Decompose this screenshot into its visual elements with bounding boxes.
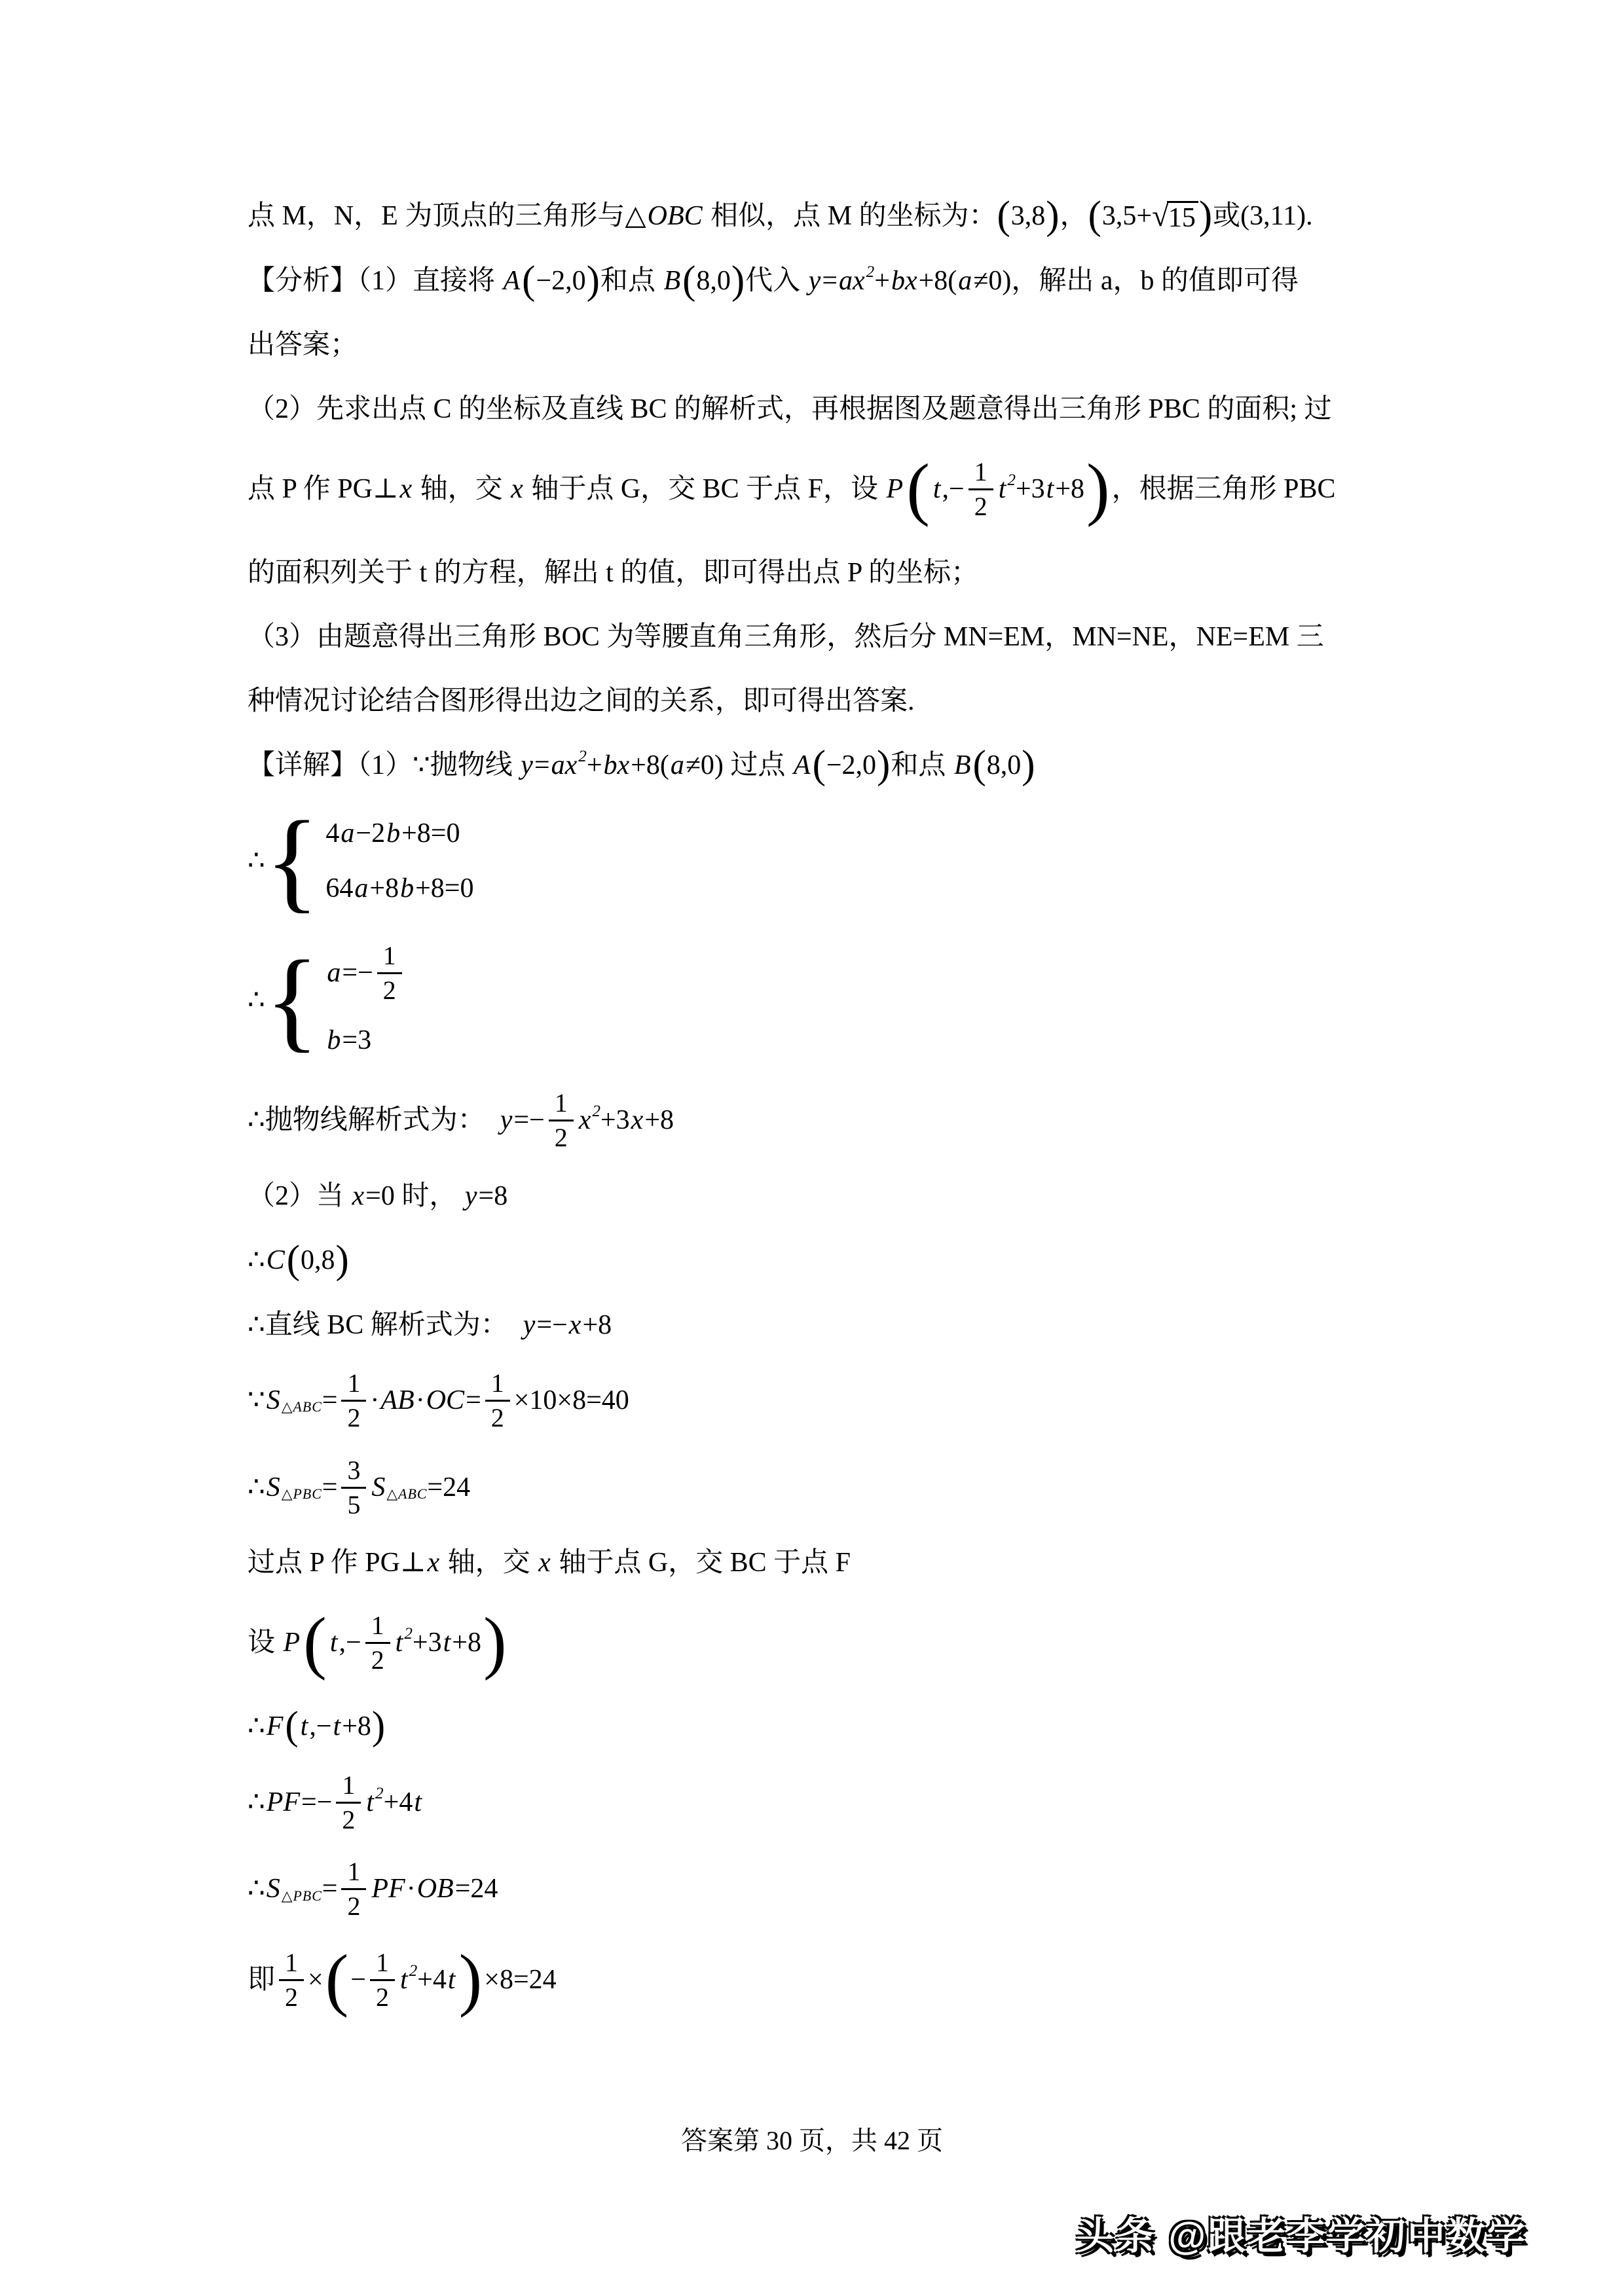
line-analysis-part2: （2）先求出点 C 的坐标及直线 BC 的解析式，再根据图及题意得出三角形 PB… — [248, 390, 1387, 429]
text-run: +4 — [417, 1961, 447, 1999]
equation-rows: 4a−2b+8=064a+8b+8=0 — [325, 814, 473, 909]
text-run: 和点 — [891, 746, 953, 785]
text-run: ∴ — [248, 1870, 265, 1908]
text-run: =24 — [427, 1468, 470, 1507]
tall-paren: ( — [813, 746, 826, 786]
equation-row: 64a+8b+8=0 — [325, 869, 473, 908]
denominator: 2 — [549, 1120, 574, 1152]
text-run: (3,11) — [1240, 197, 1306, 236]
text-run: ∴ — [248, 1241, 265, 1280]
math-variable: t — [447, 1961, 457, 1999]
text-run: 1 — [347, 1368, 360, 1398]
math-variable: t — [1045, 470, 1056, 509]
text-run: 2 — [347, 1403, 360, 1432]
tall-paren: ) — [1022, 746, 1035, 786]
text-run: 轴于点 G，交 BC 于点 F — [552, 1544, 851, 1582]
text-run: = — [466, 1381, 481, 1420]
fraction: 12 — [370, 1949, 395, 2011]
tall-paren: ) — [372, 1707, 385, 1747]
text-run: 3 — [347, 1455, 360, 1485]
text-run: +3 — [1016, 470, 1045, 509]
math-variable: OC — [425, 1381, 466, 1420]
math-variable: a — [957, 262, 973, 301]
text-run: ∴抛物线解析式为： — [248, 1101, 499, 1140]
text-run: （2）当 — [248, 1177, 351, 1216]
math-variable: OBC — [646, 197, 704, 236]
math-variable: b — [385, 814, 401, 853]
text-run: . — [1306, 197, 1313, 236]
line-construct-pg: 过点 P 作 PG⊥x 轴，交 x 轴于点 G，交 BC 于点 F — [248, 1544, 1387, 1583]
text-run: 轴于点 G，交 BC 于点 F，设 — [525, 470, 885, 509]
text-run: 1 — [491, 1368, 504, 1398]
denominator: 5 — [341, 1487, 366, 1519]
text-run: =0 时， — [365, 1177, 464, 1216]
subscript: △ABC — [282, 1400, 322, 1415]
math-variable: PF — [265, 1783, 301, 1822]
text-run: +8=0 — [415, 869, 473, 908]
text-run: ,− — [309, 1707, 331, 1746]
text-run: 1 — [342, 1770, 355, 1800]
math-variable: a — [669, 746, 686, 785]
text-run: 1 — [371, 1611, 384, 1640]
math-variable: a — [353, 869, 369, 908]
line-analysis-part3-cont: 种情况讨论结合图形得出边之间的关系，即可得出答案. — [248, 682, 1387, 721]
math-variable: bx — [602, 746, 631, 785]
math-variable: t — [932, 470, 942, 509]
math-variable: y — [522, 1306, 537, 1345]
text-run: 1 — [974, 457, 987, 486]
text-run: × — [308, 1961, 323, 1999]
numerator: 1 — [341, 1370, 366, 1400]
numerator: 1 — [341, 1858, 366, 1888]
math-variable: S — [265, 1381, 282, 1420]
text-run: ∴ — [248, 981, 265, 1020]
equation-row: 4a−2b+8=0 — [325, 814, 460, 853]
equation-row: b=3 — [325, 1021, 371, 1060]
text-run: 【分析】（1）直接将 — [248, 262, 502, 301]
line-detail-part1-premise: 【详解】（1）∵抛物线 y=ax2+bx+8(a≠0) 过点 A(−2,0)和点… — [248, 746, 1387, 786]
text-run: ，根据三角形 PBC — [1112, 470, 1336, 509]
line-pf-length: ∴PF=−12t2+4t — [248, 1772, 1387, 1834]
math-variable: b — [399, 869, 415, 908]
big-paren: ) — [483, 1608, 507, 1678]
text-run: 1 — [285, 1948, 298, 1977]
math-variable: OB — [416, 1870, 455, 1908]
numerator: 1 — [485, 1370, 510, 1400]
text-run: 2 — [383, 975, 396, 1005]
text-run: 1 — [347, 1857, 360, 1886]
text-run: · — [416, 1381, 425, 1420]
text-run: −2,0 — [826, 746, 876, 785]
text-run: △ — [625, 197, 646, 236]
text-run: · — [370, 1381, 379, 1420]
line-analysis-part3: （3）由题意得出三角形 BOC 为等腰直角三角形，然后分 MN=EM，MN=NE… — [248, 617, 1387, 657]
denominator: 2 — [341, 1888, 366, 1920]
text-run: 5 — [347, 1490, 360, 1520]
text-run: 64 — [325, 869, 353, 908]
math-variable: t — [329, 1624, 339, 1662]
text-run: 2 — [285, 1982, 298, 2012]
text-run: 轴，交 — [441, 1544, 537, 1582]
line-analysis-part1: 【分析】（1）直接将 A(−2,0)和点 B(8,0)代入 y=ax2+bx+8… — [248, 261, 1387, 301]
line-area-pbc: ∴S△PBC=35S△ABC=24 — [248, 1457, 1387, 1519]
superscript: 2 — [1007, 472, 1016, 488]
math-variable: S — [265, 1468, 282, 1507]
superscript: 2 — [592, 1103, 600, 1120]
text-run: 2 — [491, 1403, 504, 1432]
tall-paren: ) — [587, 261, 600, 301]
math-variable: ax — [550, 746, 579, 785]
superscript: 2 — [578, 748, 587, 765]
math-variable: x — [578, 1101, 593, 1140]
math-variable: a — [339, 814, 356, 853]
tall-paren: ) — [336, 1241, 349, 1281]
text-run: ,− — [339, 1624, 361, 1662]
math-variable: y — [519, 746, 534, 785]
text-run: 2 — [371, 1645, 384, 1675]
text-run: 代入 — [745, 262, 807, 301]
superscript: 2 — [404, 1626, 413, 1642]
big-paren: ) — [1086, 454, 1110, 524]
big-paren: ) — [459, 1945, 483, 2015]
text-run: 轴，交 — [413, 470, 509, 509]
denominator: 2 — [336, 1802, 361, 1834]
text-run: +8=0 — [401, 814, 460, 853]
line-area-abc: ∵S△ABC=12·AB·OC=12×10×8=40 — [248, 1370, 1387, 1432]
text-run: 即 — [248, 1961, 275, 1999]
math-variable: C — [265, 1241, 286, 1280]
math-variable: A — [792, 746, 812, 785]
fraction: 12 — [549, 1089, 574, 1152]
text-run: ∴ — [248, 1707, 265, 1746]
fraction: 12 — [485, 1370, 510, 1432]
text-run: =24 — [455, 1870, 498, 1908]
text-run: 种情况讨论结合图形得出边之间的关系，即可得出答案. — [248, 682, 915, 721]
line-point-m-coordinates: 点 M，N，E 为顶点的三角形与△OBC 相似，点 M 的坐标为：(3,8)，(… — [248, 196, 1387, 236]
line-analysis-part1-cont: 出答案； — [248, 326, 1387, 365]
math-variable: t — [442, 1624, 452, 1662]
math-variable: x — [399, 470, 414, 509]
math-variable: x — [537, 1544, 552, 1582]
text-run: =− — [536, 1306, 567, 1345]
text-run: = — [322, 1870, 338, 1908]
tall-paren: ) — [731, 261, 745, 301]
line-part2-x-zero: （2）当 x=0 时， y=8 — [248, 1176, 1387, 1216]
math-variable: PF — [370, 1870, 406, 1908]
equation-row: a=−12 — [325, 942, 405, 1004]
text-run: 的面积列关于 t 的方程，解出 t 的值，即可得出点 P 的坐标； — [248, 554, 978, 592]
fraction: 12 — [336, 1772, 361, 1834]
math-variable: x — [426, 1544, 441, 1582]
text-run: +8 — [1055, 470, 1084, 509]
text-run: 3,5+ — [1102, 197, 1152, 236]
text-run: ,− — [942, 470, 965, 509]
math-variable: P — [282, 1624, 302, 1662]
text-run: （3）由题意得出三角形 BOC 为等腰直角三角形，然后分 MN=EM，MN=NE… — [248, 618, 1324, 657]
text-run: 8,0 — [987, 746, 1022, 785]
denominator: 2 — [377, 972, 402, 1004]
text-run: +8( — [631, 746, 669, 785]
text-run: 0,8 — [301, 1241, 335, 1280]
fraction: 12 — [377, 942, 402, 1004]
line-point-f: ∴F(t,−t+8) — [248, 1707, 1387, 1747]
denominator: 2 — [969, 488, 993, 520]
math-variable: t — [413, 1783, 423, 1822]
text-run: + — [874, 262, 890, 301]
tall-paren: ( — [287, 1241, 300, 1281]
equation-system: {4a−2b+8=064a+8b+8=0 — [265, 811, 474, 912]
math-variable: S — [265, 1870, 282, 1908]
line-area-pbc-formula: ∴S△PBC=12PF·OB=24 — [248, 1858, 1387, 1920]
math-variable: t — [399, 1961, 409, 1999]
text-run: 或 — [1213, 197, 1240, 236]
text-run: 1 — [376, 1948, 389, 1977]
text-run: 2 — [376, 1982, 389, 2012]
text-run: −2 — [356, 814, 385, 853]
text-run: ≠0) — [686, 746, 724, 785]
text-run: +8 — [369, 869, 399, 908]
text-run: 2 — [342, 1805, 355, 1834]
math-variable: t — [394, 1624, 405, 1662]
text-run: 2 — [347, 1891, 360, 1921]
math-variable: x — [568, 1306, 583, 1345]
text-run: +4 — [384, 1783, 413, 1822]
math-variable: bx — [890, 262, 919, 301]
math-variable: B — [662, 262, 682, 301]
subscript: △PBC — [282, 1487, 322, 1502]
text-run: + — [587, 746, 602, 785]
numerator: 1 — [549, 1089, 574, 1120]
line-parabola-equation: ∴抛物线解析式为： y=−12x2+3x+8 — [248, 1089, 1387, 1152]
math-variable: t — [365, 1783, 375, 1822]
text-run: 【详解】（1）∵抛物线 — [248, 746, 519, 785]
text-run: 1 — [383, 941, 396, 970]
math-variable: b — [325, 1021, 342, 1060]
text-run: ∴ — [248, 1468, 265, 1507]
text-run: ≠0) — [973, 262, 1011, 301]
numerator: 3 — [341, 1457, 366, 1487]
text-run: =− — [342, 954, 373, 993]
fraction: 12 — [341, 1370, 366, 1432]
numerator: 1 — [336, 1772, 361, 1802]
equation-rows: a=−12b=3 — [325, 942, 405, 1060]
numerator: 1 — [279, 1949, 304, 1979]
text-run: +3 — [600, 1101, 630, 1140]
text-run: ∴ — [248, 1783, 265, 1822]
fraction: 12 — [365, 1612, 390, 1674]
text-run: +8 — [342, 1707, 371, 1746]
text-run: 过点 — [724, 746, 792, 785]
text-run: +8 — [644, 1101, 674, 1140]
math-variable: y — [464, 1177, 479, 1216]
big-paren: ( — [906, 454, 930, 524]
text-run: ∴ — [248, 842, 265, 881]
subscript: △ABC — [386, 1487, 427, 1502]
math-variable: A — [502, 262, 522, 301]
text-run: 4 — [325, 814, 339, 853]
line-area-equation: 即12×(−12t2+4t)×8=24 — [248, 1945, 1387, 2015]
math-variable: x — [509, 470, 525, 509]
text-run: =3 — [342, 1021, 371, 1060]
text-run: ×8=24 — [484, 1961, 556, 1999]
tall-paren: ( — [997, 196, 1010, 236]
math-variable: t — [299, 1707, 310, 1746]
big-paren: ( — [325, 1945, 349, 2015]
square-root: √15 — [1152, 201, 1198, 232]
line-equation-system-solution: ∴{a=−12b=3 — [248, 942, 1387, 1060]
superscript: 2 — [409, 1963, 418, 1979]
tall-paren: ( — [973, 746, 986, 786]
text-run: 出答案； — [248, 326, 358, 365]
text-run: = — [534, 746, 550, 785]
math-variable: B — [953, 746, 972, 785]
math-variable: ax — [838, 262, 866, 301]
math-variable: P — [885, 470, 905, 509]
text-run: +8( — [919, 262, 957, 301]
denominator: 2 — [279, 1979, 304, 2011]
equation-system: {a=−12b=3 — [265, 942, 406, 1060]
text-run: ∵ — [248, 1381, 265, 1420]
watermark-text: 头条 @跟老李学初中数学 — [1076, 2205, 1527, 2260]
text-run: = — [322, 1381, 338, 1420]
text-run: 点 P 作 PG⊥ — [248, 470, 399, 509]
text-run: 2 — [555, 1123, 568, 1152]
text-run: ，解出 a，b 的值即可得 — [1011, 262, 1299, 301]
math-variable: AB — [379, 1381, 415, 1420]
math-variable: x — [351, 1177, 366, 1216]
text-run: − — [350, 1961, 366, 1999]
big-paren: ( — [303, 1608, 327, 1678]
math-variable: t — [332, 1707, 342, 1746]
math-variable: t — [997, 470, 1008, 509]
fraction: 35 — [341, 1457, 366, 1519]
text-run: 8,0 — [696, 262, 731, 301]
fraction: 12 — [969, 458, 993, 520]
text-run: ， — [1060, 197, 1088, 236]
text-run: +8 — [582, 1306, 612, 1345]
line-analysis-part2-cont2: 的面积列关于 t 的方程，解出 t 的值，即可得出点 P 的坐标； — [248, 553, 1387, 592]
math-variable: y — [807, 262, 822, 301]
document-page: { "footer": "答案第 30 页，共 42 页", "watermar… — [0, 0, 1624, 2296]
radicand: 15 — [1167, 201, 1198, 232]
tall-paren: ) — [1046, 196, 1059, 236]
math-variable: S — [370, 1468, 386, 1507]
text-run: （2）先求出点 C 的坐标及直线 BC 的解析式，再根据图及题意得出三角形 PB… — [248, 390, 1332, 429]
fraction: 12 — [341, 1858, 366, 1920]
math-variable: x — [630, 1101, 645, 1140]
math-variable: F — [265, 1707, 285, 1746]
tall-paren: ( — [285, 1707, 298, 1747]
denominator: 2 — [370, 1979, 395, 2011]
text-run: =− — [513, 1101, 544, 1140]
text-run: 3,8 — [1011, 197, 1046, 236]
text-run: −2,0 — [536, 262, 585, 301]
denominator: 2 — [365, 1642, 390, 1674]
math-variable: y — [499, 1101, 514, 1140]
line-bc-equation: ∴直线 BC 解析式为： y=−x+8 — [248, 1305, 1387, 1345]
line-set-point-p: 设 P(t,−12t2+3t+8) — [248, 1608, 1387, 1678]
text-run: ×10×8=40 — [514, 1381, 629, 1420]
text-run: 和点 — [600, 262, 663, 301]
text-run: =8 — [479, 1177, 508, 1216]
line-analysis-part2-cont1: 点 P 作 PG⊥x 轴，交 x 轴于点 G，交 BC 于点 F，设 P(t,−… — [248, 454, 1387, 524]
numerator: 1 — [969, 458, 993, 488]
numerator: 1 — [365, 1612, 390, 1642]
superscript: 2 — [375, 1785, 384, 1802]
math-variable: a — [325, 954, 342, 993]
fraction: 12 — [279, 1949, 304, 2011]
left-brace: { — [265, 811, 320, 912]
line-point-c: ∴C(0,8) — [248, 1241, 1387, 1281]
subscript: △PBC — [282, 1889, 322, 1904]
denominator: 2 — [341, 1400, 366, 1432]
text-run: = — [322, 1468, 338, 1507]
page-footer: 答案第 30 页，共 42 页 — [0, 2120, 1624, 2157]
tall-paren: ) — [877, 746, 890, 786]
line-equation-system-ab: ∴{4a−2b+8=064a+8b+8=0 — [248, 811, 1387, 912]
tall-paren: ) — [1199, 196, 1212, 236]
text-run: 相似，点 M 的坐标为： — [704, 197, 997, 236]
text-run: = — [822, 262, 838, 301]
tall-paren: ( — [1088, 196, 1101, 236]
text-run: 点 M，N，E 为顶点的三角形与 — [248, 197, 625, 236]
superscript: 2 — [866, 264, 875, 280]
text-run: · — [407, 1870, 416, 1908]
tall-paren: ( — [522, 261, 535, 301]
text-run: 1 — [555, 1088, 568, 1118]
denominator: 2 — [485, 1400, 510, 1432]
numerator: 1 — [377, 942, 402, 972]
text-run: 过点 P 作 PG⊥ — [248, 1544, 426, 1582]
text-run: =− — [301, 1783, 332, 1822]
tall-paren: ( — [682, 261, 695, 301]
numerator: 1 — [370, 1949, 395, 1979]
text-run: +8 — [452, 1624, 481, 1662]
solution-text-body: 点 M，N，E 为顶点的三角形与△OBC 相似，点 M 的坐标为：(3,8)，(… — [248, 196, 1387, 2044]
text-run: 2 — [974, 492, 987, 521]
left-brace: { — [265, 950, 320, 1051]
text-run: 设 — [248, 1624, 282, 1662]
text-run: +3 — [413, 1624, 442, 1662]
text-run: ∴直线 BC 解析式为： — [248, 1306, 522, 1345]
